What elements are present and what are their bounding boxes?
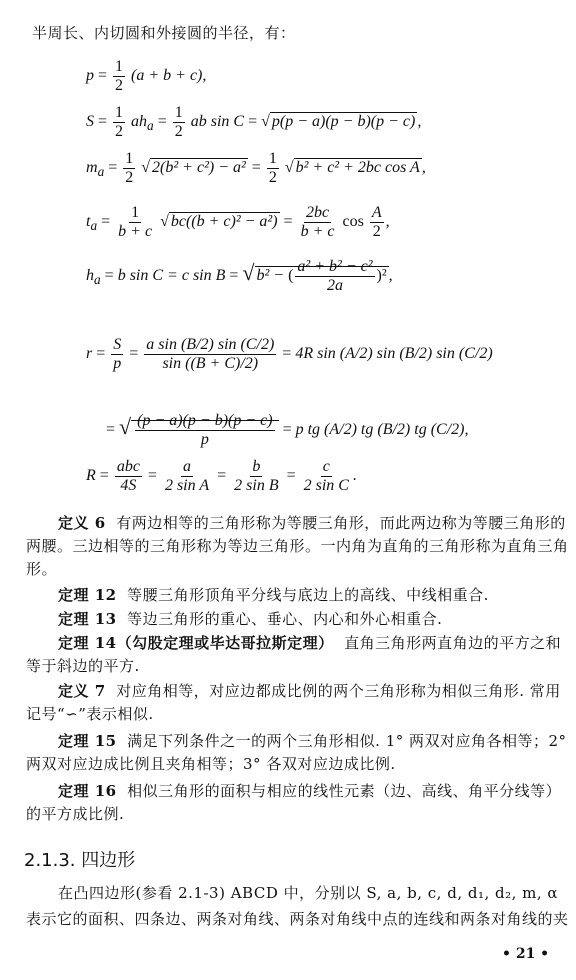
formula-bisector: ta = 1b + c √bc((b + c)² − a²) = 2bcb + … <box>86 204 390 240</box>
definition-6: 定义 6 有两边相等的三角形称为等腰三角形，而此两边称为等腰三角形的两腰。三边相… <box>26 512 574 581</box>
formula-median: ma = 12 √2(b² + c²) − a² = 12 √b² + c² +… <box>86 150 426 186</box>
section-heading: 2.1.3. 四边形 <box>24 846 135 872</box>
formula-area: S = 12 aha = 12 ab sin C = √p(p − a)(p −… <box>86 104 421 140</box>
theorem-12: 定理 12 等腰三角形顶角平分线与底边上的高线、中线相重合. <box>26 584 574 607</box>
page-number: • 21 • <box>502 946 549 962</box>
formula-inradius: r = Sp = a sin (B/2) sin (C/2)sin ((B + … <box>86 336 493 372</box>
formula-altitude: ha = b sin C = c sin B = √b² − (a² + b² … <box>86 258 393 294</box>
theorem-13: 定理 13 等边三角形的重心、垂心、内心和外心相重合. <box>26 608 574 631</box>
theorem-15: 定理 15 满足下列条件之一的两个三角形相似. 1° 两双对应角各相等；2° 两… <box>26 730 574 776</box>
intro-line: 半周长、内切圆和外接圆的半径，有： <box>32 22 296 43</box>
definition-7: 定义 7 对应角相等，对应边都成比例的两个三角形称为相似三角形. 常用记号“∽”… <box>26 680 574 726</box>
closing-line-2: 表示它的面积、四条边、两条对角线、两条对角线中点的连线和两条对角线的夹 <box>26 908 569 929</box>
theorem-14: 定理 14（勾股定理或毕达哥拉斯定理） 直角三角形两直角边的平方之和等于斜边的平… <box>26 632 574 678</box>
theorem-16: 定理 16 相似三角形的面积与相应的线性元素（边、高线、角平分线等）的平方成比例… <box>26 780 574 826</box>
formula-semiperimeter: p = 12 (a + b + c), <box>86 58 206 94</box>
closing-line-1: 在凸四边形(参看 2.1-3) ABCD 中，分别以 S, a, b, c, d… <box>58 882 558 903</box>
formula-circumradius: R = abc4S = a2 sin A = b2 sin B = c2 sin… <box>86 458 357 494</box>
formula-inradius-cont: = √(p − a)(p − b)(p − c)p = p tg (A/2) t… <box>106 412 468 448</box>
